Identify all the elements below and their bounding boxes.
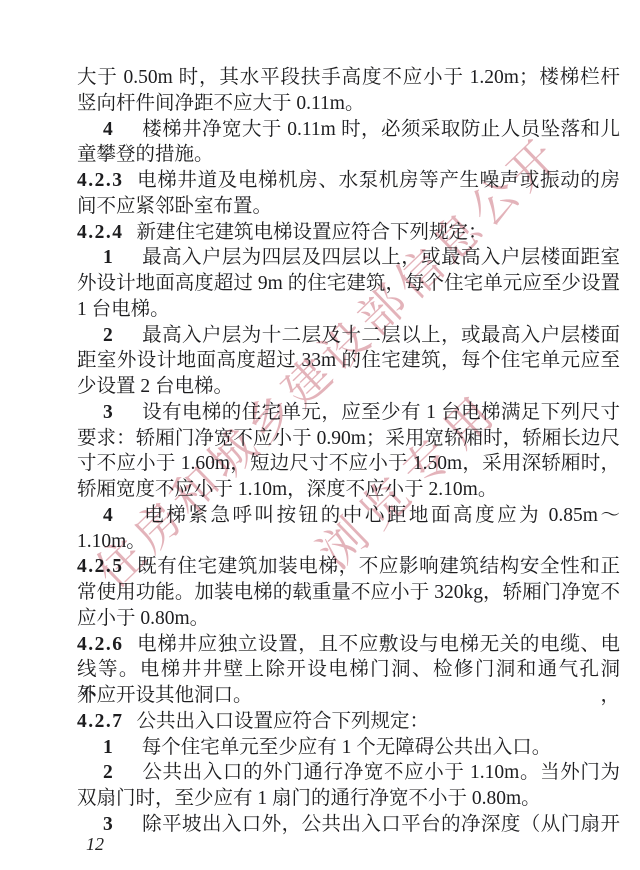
line-text: 楼梯井净宽大于 0.11m 时，必须采取防止人员坠落和儿 xyxy=(142,119,620,140)
text-line: 4电梯紧急呼叫按钮的中心距地面高度应为 0.85m～ xyxy=(77,503,620,529)
text-line: 4楼梯井净宽大于 0.11m 时，必须采取防止人员坠落和儿 xyxy=(77,117,620,143)
line-text: 除平坡出入口外，公共出入口平台的净深度（从门扇开 xyxy=(142,814,620,835)
text-line: 外设计地面高度超过 9m 的住宅建筑，每个住宅单元应至少设置 xyxy=(77,271,620,297)
line-text: 电梯紧急呼叫按钮的中心距地面高度应为 0.85m～ xyxy=(142,505,620,526)
line-text: 竖向杆件间净距不应大于 0.11m。 xyxy=(77,93,364,114)
text-line: 2公共出入口的外门通行净宽不应小于 1.10m。当外门为 xyxy=(77,760,620,786)
text-line: 少设置 2 台电梯。 xyxy=(77,374,620,400)
line-text: 公共出入口的外门通行净宽不应小于 1.10m。当外门为 xyxy=(142,762,620,783)
line-text: 童攀登的措施。 xyxy=(77,144,214,165)
clause-number: 4.2.4 xyxy=(77,222,124,243)
text-line: 1最高入户层为四层及四层以上，或最高入户层楼面距室 xyxy=(77,245,620,271)
clause-number: 4.2.5 xyxy=(77,556,124,577)
text-line: 竖向杆件间净距不应大于 0.11m。 xyxy=(77,91,620,117)
line-text: 每个住宅单元至少应有 1 个无障碍公共出入口。 xyxy=(142,737,552,758)
line-text: 要求：轿厢门净宽不应小于 0.90m；采用宽轿厢时，轿厢长边尺 xyxy=(77,428,620,449)
item-number: 4 xyxy=(103,119,113,140)
line-text: 距室外设计地面高度超过 33m 的住宅建筑，每个住宅单元应至 xyxy=(77,350,620,371)
line-text: 应小于 0.80m。 xyxy=(77,608,209,629)
text-line: 4.2.6电梯井应独立设置，且不应敷设与电梯无关的电缆、电 xyxy=(77,632,620,658)
text-line: 1.10m。 xyxy=(77,529,620,555)
item-number: 4 xyxy=(103,505,113,526)
text-line: 应小于 0.80m。 xyxy=(77,606,620,632)
text-line: 间不应紧邻卧室布置。 xyxy=(77,194,620,220)
line-text: 少设置 2 台电梯。 xyxy=(77,376,233,397)
line-text: 轿厢宽度不应小于 1.10m，深度不应小于 2.10m。 xyxy=(77,479,497,500)
line-text: 外设计地面高度超过 9m 的住宅建筑，每个住宅单元应至少设置 xyxy=(77,273,620,294)
text-line: 4.2.4新建住宅建筑电梯设置应符合下列规定： xyxy=(77,220,620,246)
line-text: 寸不应小于 1.60m，短边尺寸不应小于 1.50m，采用深轿厢时， xyxy=(77,453,620,474)
clause-number: 4.2.3 xyxy=(77,170,124,191)
line-text: 双扇门时，至少应有 1 扇门的通行净宽不小于 0.80m。 xyxy=(77,788,541,809)
line-text: 电梯井应独立设置，且不应敷设与电梯无关的电缆、电 xyxy=(137,634,621,655)
item-number: 3 xyxy=(103,814,113,835)
item-number: 1 xyxy=(103,737,113,758)
text-line: 4.2.5既有住宅建筑加装电梯，不应影响建筑结构安全性和正 xyxy=(77,554,620,580)
document-body: 大于 0.50m 时，其水平段扶手高度不应小于 1.20m；楼梯栏杆竖向杆件间净… xyxy=(77,65,620,838)
document-page: 住房和城乡建设部信息公开 浏览专用 大于 0.50m 时，其水平段扶手高度不应小… xyxy=(0,0,640,870)
text-line: 双扇门时，至少应有 1 扇门的通行净宽不小于 0.80m。 xyxy=(77,786,620,812)
clause-number: 4.2.7 xyxy=(77,711,124,732)
line-text: 间不应紧邻卧室布置。 xyxy=(77,196,272,217)
text-line: 4.2.3电梯井道及电梯机房、水泵机房等产生噪声或振动的房 xyxy=(77,168,620,194)
text-line: 2最高入户层为十二层及十二层以上，或最高入户层楼面 xyxy=(77,323,620,349)
line-text: 设有电梯的住宅单元，应至少有 1 台电梯满足下列尺寸 xyxy=(142,402,620,423)
item-number: 2 xyxy=(103,762,113,783)
line-text: 最高入户层为十二层及十二层以上，或最高入户层楼面 xyxy=(142,325,620,346)
page-number: 12 xyxy=(86,834,104,855)
text-line: 3设有电梯的住宅单元，应至少有 1 台电梯满足下列尺寸 xyxy=(77,400,620,426)
line-text: 不应开设其他洞口。 xyxy=(77,685,253,706)
clause-number: 4.2.6 xyxy=(77,634,124,655)
text-line: 线等。电梯井井壁上除开设电梯门洞、检修门洞和通气孔洞外， xyxy=(77,657,620,683)
line-text: 1.10m。 xyxy=(77,531,146,552)
text-line: 距室外设计地面高度超过 33m 的住宅建筑，每个住宅单元应至 xyxy=(77,348,620,374)
text-line: 要求：轿厢门净宽不应小于 0.90m；采用宽轿厢时，轿厢长边尺 xyxy=(77,426,620,452)
item-number: 3 xyxy=(103,402,113,423)
item-number: 1 xyxy=(103,247,113,268)
line-text: 新建住宅建筑电梯设置应符合下列规定： xyxy=(137,222,488,243)
line-text: 最高入户层为四层及四层以上，或最高入户层楼面距室 xyxy=(142,247,620,268)
line-text: 1 台电梯。 xyxy=(77,299,170,320)
text-line: 大于 0.50m 时，其水平段扶手高度不应小于 1.20m；楼梯栏杆 xyxy=(77,65,620,91)
text-line: 1 台电梯。 xyxy=(77,297,620,323)
text-line: 童攀登的措施。 xyxy=(77,142,620,168)
text-line: 3除平坡出入口外，公共出入口平台的净深度（从门扇开 xyxy=(77,812,620,838)
text-line: 4.2.7公共出入口设置应符合下列规定： xyxy=(77,709,620,735)
line-text: 电梯井道及电梯机房、水泵机房等产生噪声或振动的房 xyxy=(137,170,621,191)
line-text: 常使用功能。加装电梯的载重量不应小于 320kg，轿厢门净宽不 xyxy=(77,582,620,603)
line-text: 既有住宅建筑加装电梯，不应影响建筑结构安全性和正 xyxy=(137,556,621,577)
text-line: 1每个住宅单元至少应有 1 个无障碍公共出入口。 xyxy=(77,735,620,761)
line-text: 大于 0.50m 时，其水平段扶手高度不应小于 1.20m；楼梯栏杆 xyxy=(77,67,620,88)
text-line: 常使用功能。加装电梯的载重量不应小于 320kg，轿厢门净宽不 xyxy=(77,580,620,606)
text-line: 轿厢宽度不应小于 1.10m，深度不应小于 2.10m。 xyxy=(77,477,620,503)
item-number: 2 xyxy=(103,325,113,346)
line-text: 公共出入口设置应符合下列规定： xyxy=(137,711,430,732)
text-line: 寸不应小于 1.60m，短边尺寸不应小于 1.50m，采用深轿厢时， xyxy=(77,451,620,477)
